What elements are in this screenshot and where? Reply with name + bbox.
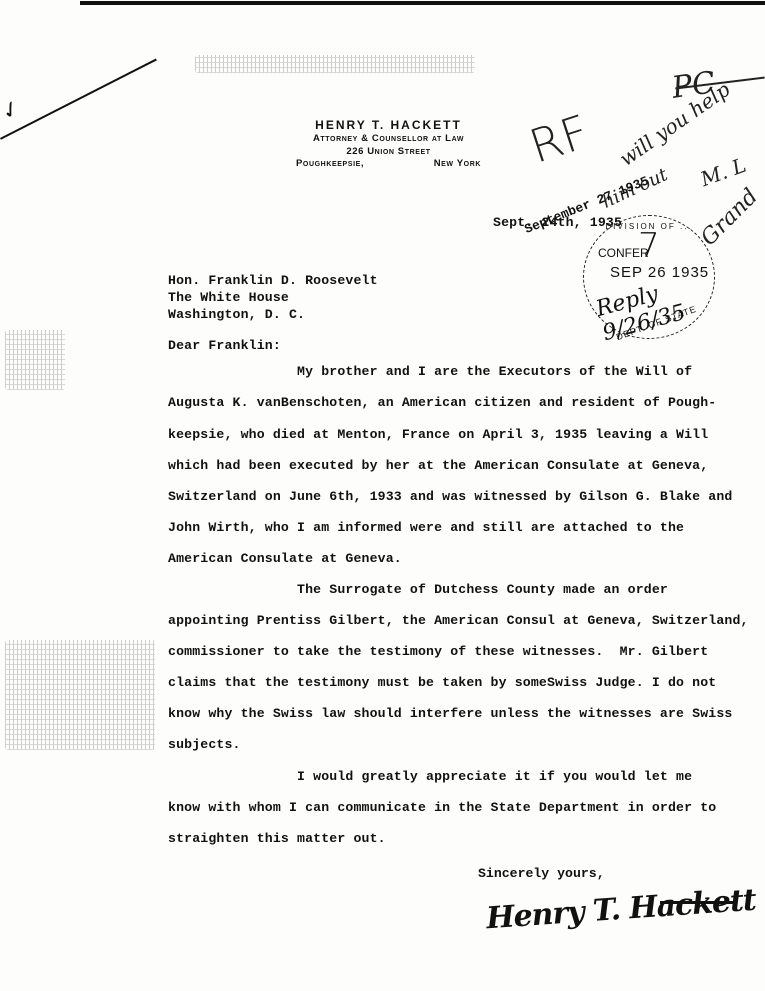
body-line: which had been executed by her at the Am… (168, 458, 708, 473)
body-line: commissioner to take the testimony of th… (168, 644, 708, 659)
salutation: Dear Franklin: (168, 337, 281, 354)
letterhead-name: HENRY T. HACKETT (296, 118, 481, 132)
body-line: John Wirth, who I am informed were and s… (168, 520, 684, 535)
body-line: appointing Prentiss Gilbert, the America… (168, 613, 749, 628)
closing: Sincerely yours, (478, 866, 605, 881)
scan-noise (5, 330, 65, 390)
body-line: subjects. (168, 737, 241, 752)
stamp-confer-text: CONFER (598, 246, 649, 260)
corner-pen-mark: ✓ (0, 95, 26, 126)
body-line: straighten this matter out. (168, 831, 386, 846)
department-received-stamp: DIVISION OF ... 7 CONFER SEP 26 1935 Rep… (583, 215, 715, 339)
letterhead: HENRY T. HACKETT Attorney & Counsellor a… (296, 118, 481, 169)
top-border-line (80, 1, 765, 5)
letterhead-state: New York (434, 158, 481, 169)
body-line: The Surrogate of Dutchess County made an… (168, 582, 668, 597)
scan-noise (195, 55, 475, 73)
letterhead-city: Poughkeepsie, (296, 158, 364, 169)
handwritten-rf: RF (523, 104, 595, 173)
body-line: claims that the testimony must be taken … (168, 675, 716, 690)
scan-noise (5, 640, 155, 750)
body-line: know with whom I can communicate in the … (168, 800, 716, 815)
signature-underline (660, 901, 735, 904)
body-line: know why the Swiss law should interfere … (168, 706, 732, 721)
letterhead-city-row: Poughkeepsie, New York (296, 158, 481, 169)
scan-fold-line (0, 59, 157, 140)
recipient-line-2: The White House (168, 289, 289, 306)
handwritten-note-line-3: M. L (697, 153, 749, 191)
letterhead-title: Attorney & Counsellor at Law (296, 132, 481, 145)
body-line: American Consulate at Geneva. (168, 551, 402, 566)
signature: Henry T. Hackett (485, 883, 757, 937)
body-line: Switzerland on June 6th, 1933 and was wi… (168, 489, 732, 504)
recipient-line-1: Hon. Franklin D. Roosevelt (168, 272, 378, 289)
handwritten-initials-stamp: Grand (696, 184, 763, 251)
body-line: My brother and I are the Executors of th… (168, 364, 692, 379)
recipient-line-3: Washington, D. C. (168, 306, 305, 323)
body-line: Augusta K. vanBenschoten, an American ci… (168, 395, 716, 410)
body-line: keepsie, who died at Menton, France on A… (168, 427, 708, 442)
body-line: I would greatly appreciate it if you wou… (168, 769, 692, 784)
letterhead-street: 226 Union Street (296, 145, 481, 158)
